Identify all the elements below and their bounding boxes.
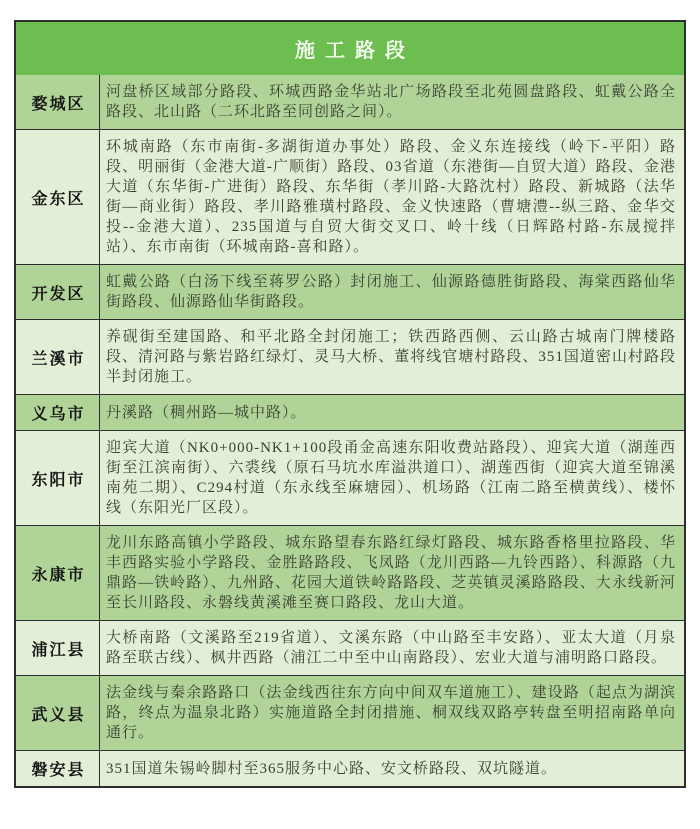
region-cell: 兰溪市 [16,320,100,394]
table-row: 永康市 龙川东路高镇小学路段、城东路望春东路红绿灯路段、城东路香格里拉路段、华丰… [16,525,684,620]
road-sections-text: 迎宾大道（NK0+000-NK1+100段甬金高速东阳收费站路段）、迎宾大道（湖… [106,438,676,518]
region-cell: 永康市 [16,526,100,620]
table-row: 武义县 法金线与秦余路路口（法金线西往东方向中间双车道施工）、建设路（起点为湖滨… [16,675,684,750]
road-sections-text: 大桥南路（文溪路至219省道）、文溪东路（中山路至丰安路）、亚太大道（月泉路至联… [106,628,676,668]
road-sections-text: 丹溪路（稠州路—城中路）。 [106,403,676,423]
content-cell: 河盘桥区域部分路段、环城西路金华站北广场路段至北苑圆盘路段、虹戴公路全路段、北山… [100,75,684,129]
road-sections-text: 河盘桥区域部分路段、环城西路金华站北广场路段至北苑圆盘路段、虹戴公路全路段、北山… [106,82,676,122]
road-sections-text: 虹戴公路（白汤下线至蒋罗公路）封闭施工、仙源路德胜街路段、海棠西路仙华街路段、仙… [106,272,676,312]
content-cell: 丹溪路（稠州路—城中路）。 [100,395,684,430]
road-sections-text: 351国道朱锡岭脚村至365服务中心路、安文桥路段、双坑隧道。 [106,759,676,779]
region-cell: 东阳市 [16,431,100,525]
region-cell: 金东区 [16,130,100,264]
content-cell: 养砚街至建国路、和平北路全封闭施工；铁西路西侧、云山路古城南门牌楼路段、清河路与… [100,320,684,394]
table-row: 东阳市 迎宾大道（NK0+000-NK1+100段甬金高速东阳收费站路段）、迎宾… [16,430,684,525]
table-row: 义乌市 丹溪路（稠州路—城中路）。 [16,394,684,430]
content-cell: 法金线与秦余路路口（法金线西往东方向中间双车道施工）、建设路（起点为湖滨路，终点… [100,676,684,750]
region-cell: 开发区 [16,265,100,319]
content-cell: 351国道朱锡岭脚村至365服务中心路、安文桥路段、双坑隧道。 [100,751,684,786]
region-cell: 武义县 [16,676,100,750]
table-row: 开发区 虹戴公路（白汤下线至蒋罗公路）封闭施工、仙源路德胜街路段、海棠西路仙华街… [16,264,684,319]
region-cell: 义乌市 [16,395,100,430]
table-row: 兰溪市 养砚街至建国路、和平北路全封闭施工；铁西路西侧、云山路古城南门牌楼路段、… [16,319,684,394]
content-cell: 虹戴公路（白汤下线至蒋罗公路）封闭施工、仙源路德胜街路段、海棠西路仙华街路段、仙… [100,265,684,319]
road-sections-text: 龙川东路高镇小学路段、城东路望春东路红绿灯路段、城东路香格里拉路段、华丰西路实验… [106,533,676,613]
content-cell: 大桥南路（文溪路至219省道）、文溪东路（中山路至丰安路）、亚太大道（月泉路至联… [100,621,684,675]
table-row: 浦江县 大桥南路（文溪路至219省道）、文溪东路（中山路至丰安路）、亚太大道（月… [16,620,684,675]
table-row: 金东区 环城南路（东市南街-多湖街道办事处）路段、金义东连接线（岭下-平阳）路段… [16,129,684,264]
table-row: 磐安县 351国道朱锡岭脚村至365服务中心路、安文桥路段、双坑隧道。 [16,750,684,786]
road-sections-text: 环城南路（东市南街-多湖街道办事处）路段、金义东连接线（岭下-平阳）路段、明丽街… [106,137,676,257]
table-title: 施工路段 [16,22,684,75]
region-cell: 浦江县 [16,621,100,675]
region-cell: 婺城区 [16,75,100,129]
table-row: 婺城区 河盘桥区域部分路段、环城西路金华站北广场路段至北苑圆盘路段、虹戴公路全路… [16,75,684,129]
content-cell: 迎宾大道（NK0+000-NK1+100段甬金高速东阳收费站路段）、迎宾大道（湖… [100,431,684,525]
content-cell: 龙川东路高镇小学路段、城东路望春东路红绿灯路段、城东路香格里拉路段、华丰西路实验… [100,526,684,620]
road-sections-text: 养砚街至建国路、和平北路全封闭施工；铁西路西侧、云山路古城南门牌楼路段、清河路与… [106,327,676,387]
content-cell: 环城南路（东市南街-多湖街道办事处）路段、金义东连接线（岭下-平阳）路段、明丽街… [100,130,684,264]
construction-roads-table: 施工路段 婺城区 河盘桥区域部分路段、环城西路金华站北广场路段至北苑圆盘路段、虹… [14,20,686,788]
region-cell: 磐安县 [16,751,100,786]
road-sections-text: 法金线与秦余路路口（法金线西往东方向中间双车道施工）、建设路（起点为湖滨路，终点… [106,683,676,743]
